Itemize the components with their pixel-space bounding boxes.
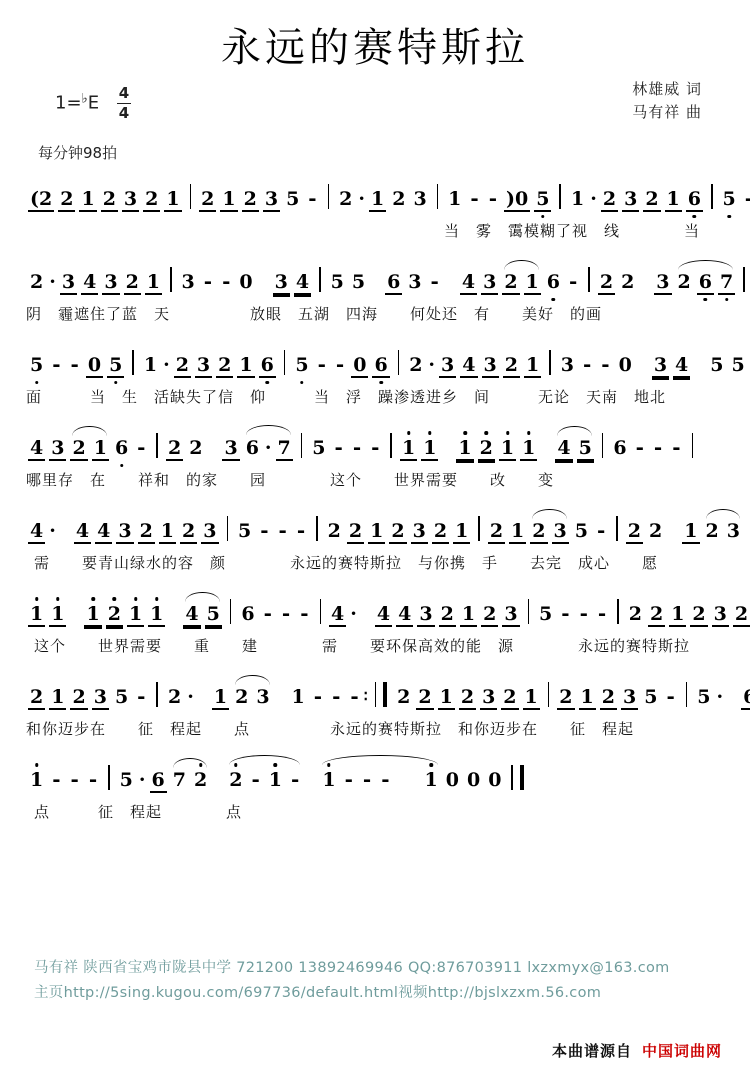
note: 1	[290, 687, 307, 708]
barline	[549, 350, 551, 375]
barline	[711, 184, 713, 209]
note: 6	[611, 438, 628, 459]
note: 2	[648, 604, 665, 627]
note: 1	[92, 438, 109, 461]
note: 3	[480, 687, 497, 710]
dash-sustain: -	[666, 684, 674, 708]
note: 1	[509, 521, 526, 544]
octave-dot-high	[407, 431, 411, 435]
note: 0	[351, 355, 368, 378]
key-tonic: E	[88, 93, 99, 114]
octave-dot-low	[114, 381, 118, 385]
barline	[319, 267, 321, 292]
octave-dot-high	[199, 763, 203, 767]
lyric-line: 需 要青山绿水的容 颜 永远的赛特斯拉 与你携 手 去完 成心 愿	[26, 552, 724, 583]
note: 1	[164, 189, 181, 212]
barline	[686, 682, 688, 707]
meta-row: 1=♭E 4 4 林雄威 词 马有祥 曲	[0, 80, 750, 142]
note: 2	[106, 604, 123, 627]
note: 0	[486, 770, 503, 791]
note: 3	[116, 521, 133, 544]
note: 0	[465, 770, 482, 791]
octave-dot-high	[234, 763, 238, 767]
note: 2	[180, 521, 197, 544]
barline	[559, 184, 561, 209]
dash-sustain: -	[251, 767, 259, 791]
barline	[301, 433, 303, 458]
note: 2	[601, 189, 618, 212]
note: 2	[389, 521, 406, 544]
note: 1	[84, 604, 101, 627]
lyricist-credit: 林雄威 词	[632, 78, 702, 101]
note: 5	[708, 355, 725, 376]
note: 2	[416, 687, 433, 710]
octave-dot-low	[265, 381, 269, 385]
note: 2	[676, 272, 693, 293]
dash-sustain: -	[264, 601, 272, 625]
dash-sustain: -	[371, 435, 379, 459]
octave-dot-low	[704, 298, 708, 302]
note: 1	[423, 770, 440, 791]
dash-sustain: -	[489, 186, 497, 210]
octave-dot-low	[552, 298, 556, 302]
music-line: 4·44321235---221232121235-221235---	[26, 500, 724, 552]
key-signature: 1=♭E 4 4	[55, 86, 131, 121]
note: 3	[180, 272, 197, 293]
note: 3	[712, 604, 729, 627]
note: 5	[310, 438, 327, 459]
credits: 林雄威 词 马有祥 曲	[632, 78, 702, 125]
contact-line-1: 马有祥 陕西省宝鸡市陇县中学 721200 13892469946 QQ:876…	[34, 956, 670, 981]
note: 6	[244, 438, 261, 459]
note: 3	[195, 355, 212, 378]
contact-line-2: 主页http://5sing.kugou.com/697736/default.…	[34, 981, 670, 1006]
note: 5	[577, 438, 594, 461]
octave-dot-high	[56, 597, 60, 601]
dash-sustain: -	[297, 518, 305, 542]
octave-dot-high	[506, 431, 510, 435]
barline	[692, 433, 694, 458]
note: 3	[622, 189, 639, 212]
octave-dot-low	[725, 298, 729, 302]
note: 6	[545, 272, 562, 293]
note: 2	[598, 272, 615, 295]
note: 2	[192, 770, 209, 791]
barline	[617, 599, 619, 624]
augmentation-dot: ·	[139, 769, 146, 791]
note: 3	[482, 355, 499, 378]
note: 3	[559, 355, 576, 376]
augmentation-dot: ·	[358, 188, 365, 210]
note: 4	[183, 604, 200, 627]
note: 1	[524, 272, 541, 295]
note: 2	[502, 272, 519, 295]
octave-dot-high	[274, 763, 278, 767]
dash-sustain: -	[597, 518, 605, 542]
note: 7	[171, 770, 188, 791]
note: 2	[166, 438, 183, 461]
note: 4	[375, 604, 392, 627]
note: 2	[166, 687, 183, 708]
note: 4	[28, 438, 45, 461]
music-line: 5--051·232165--062·343213--0345563-	[26, 334, 724, 386]
note: 6	[259, 355, 276, 378]
barline	[478, 516, 480, 541]
note: 1	[460, 604, 477, 627]
barline	[511, 765, 513, 790]
lyric-line: 当 雾 霭模糊了视 线 当	[26, 220, 724, 251]
note: 2	[690, 604, 707, 627]
note: 2	[390, 189, 407, 210]
note: 2	[530, 521, 547, 544]
dash-sustain: -	[314, 684, 322, 708]
music-line: 21235-2·1231---∶221232121235-5·672	[26, 666, 724, 718]
dash-sustain: -	[300, 601, 308, 625]
note: 2	[58, 189, 75, 212]
barline	[227, 516, 229, 541]
music-line: 43216-2236·75---111211456---	[26, 417, 724, 469]
barline	[328, 184, 330, 209]
octave-dot-high	[155, 597, 159, 601]
octave-dot-high	[463, 431, 467, 435]
lyric-line: 阴 霾遮住了蓝 天 放眼 五湖 四海 何处还 有 美好 的画	[26, 303, 724, 334]
dash-sustain: -	[350, 684, 358, 708]
note: 0	[444, 770, 461, 791]
note: 7	[718, 272, 735, 295]
music-line: 2·343213--0345563-43216-223267	[26, 251, 724, 303]
note: 2	[488, 521, 505, 544]
note: 6	[741, 687, 750, 710]
final-barline	[505, 765, 530, 790]
contact-info: 马有祥 陕西省宝鸡市陇县中学 721200 13892469946 QQ:876…	[34, 956, 670, 1007]
octave-dot-high	[35, 763, 39, 767]
note: 4	[294, 272, 311, 295]
slur-arc: 72	[169, 770, 211, 791]
note: 1	[148, 604, 165, 627]
note: 5	[642, 687, 659, 708]
slur-arc: 6·7	[242, 437, 295, 461]
note: 5	[573, 521, 590, 542]
note: 4	[28, 521, 45, 544]
dash-sustain: -	[636, 435, 644, 459]
augmentation-dot: ·	[163, 354, 170, 376]
note: 2	[70, 438, 87, 461]
note: 6	[113, 438, 130, 459]
lyric-line: 哪里存 在 祥和 的家 园 这个 世界需要 改 变	[26, 469, 724, 500]
augmentation-dot: ·	[187, 686, 194, 708]
dash-sustain: -	[470, 186, 478, 210]
dash-sustain: -	[260, 518, 268, 542]
note: 4	[95, 521, 112, 544]
note: 2	[481, 604, 498, 627]
note: 2	[124, 272, 141, 295]
note: 2	[432, 521, 449, 544]
note: 1	[669, 604, 686, 627]
source-prefix: 本曲谱源自	[552, 1042, 632, 1060]
note: 3	[406, 272, 423, 293]
dash-sustain: -	[561, 601, 569, 625]
note: 2	[647, 521, 664, 542]
note: 3	[102, 272, 119, 295]
note: 3	[60, 272, 77, 295]
note: 3	[222, 438, 239, 461]
note: 1	[212, 687, 229, 710]
lyric-line: 点 征 程起 点	[26, 801, 724, 832]
note: 4	[74, 521, 91, 544]
note: 2	[627, 604, 644, 625]
note: 4	[329, 604, 346, 627]
note: 4	[555, 438, 572, 461]
octave-dot-low	[300, 381, 304, 385]
dash-sustain: -	[353, 435, 361, 459]
dash-sustain: -	[204, 269, 212, 293]
note: 1	[446, 189, 463, 210]
note: 3	[725, 521, 742, 542]
note: 2	[459, 687, 476, 710]
note: 5	[236, 521, 253, 542]
note: 2	[174, 355, 191, 378]
dash-sustain: -	[745, 186, 750, 210]
dash-sustain: -	[345, 767, 353, 791]
barline	[548, 682, 550, 707]
dash-sustain: -	[291, 767, 299, 791]
note: 1	[220, 189, 237, 212]
dash-sustain: -	[598, 601, 606, 625]
barline	[390, 433, 392, 458]
octave-dot-low	[541, 215, 545, 219]
barline	[316, 516, 318, 541]
dash-sustain: -	[381, 767, 389, 791]
octave-dot-high	[527, 431, 531, 435]
note: 1	[49, 687, 66, 710]
dash-sustain: -	[335, 435, 343, 459]
dash-sustain: -	[672, 435, 680, 459]
note: 4	[673, 355, 690, 378]
note: 2	[216, 355, 233, 378]
note: 0	[237, 272, 254, 293]
source-credit: 本曲谱源自中国词曲网	[552, 1040, 722, 1061]
note: 6	[385, 272, 402, 295]
note: 2	[600, 687, 617, 710]
note: 7	[276, 438, 293, 461]
note: 3	[122, 189, 139, 212]
note: 1	[28, 770, 45, 791]
note: 2	[326, 521, 343, 542]
dash-sustain: -	[282, 601, 290, 625]
barline	[375, 682, 377, 707]
note: 2	[439, 604, 456, 627]
slur-arc: 1---1	[318, 767, 441, 791]
note: 1	[49, 604, 66, 627]
lyric-line: 和你迈步在 征 程起 点 永远的赛特斯拉 和你迈步在 征 程起	[26, 718, 724, 749]
note: 3	[411, 521, 428, 544]
note: 1	[453, 521, 470, 544]
note: 2	[347, 521, 364, 544]
note: 3	[652, 355, 669, 378]
time-signature-numerator: 4	[117, 86, 131, 104]
dash-sustain: -	[583, 352, 591, 376]
dash-sustain: -	[431, 269, 439, 293]
note: 5	[284, 189, 301, 210]
note: 3	[92, 687, 109, 710]
note: 3	[201, 521, 218, 544]
barline	[156, 433, 158, 458]
barline	[320, 599, 322, 624]
augmentation-dot: ·	[350, 603, 357, 625]
octave-dot-high	[429, 763, 433, 767]
dash-sustain: -	[318, 352, 326, 376]
octave-dot-high	[113, 597, 117, 601]
note: 3	[417, 604, 434, 627]
note: 1	[456, 438, 473, 461]
octave-dot-low	[693, 215, 697, 219]
note: 2	[199, 189, 216, 212]
source-site-link[interactable]: 中国词曲网	[642, 1042, 722, 1060]
note: 1	[579, 687, 596, 710]
note: 6	[372, 355, 389, 378]
note: 2	[227, 770, 244, 791]
note: 1	[145, 272, 162, 295]
note: 1	[159, 521, 176, 544]
note: 5	[107, 355, 124, 378]
barline-thick	[383, 682, 387, 707]
note: 3	[49, 438, 66, 461]
barline	[743, 267, 745, 292]
dash-sustain: -	[137, 684, 145, 708]
music-line: 111211456---4·44321235---2212321	[26, 583, 724, 635]
augmentation-dot: ·	[49, 520, 56, 542]
score-body: (221232121235-2·1231--)051·232165--06当 雾…	[0, 168, 750, 832]
lyric-line: 面 当 生 活缺失了信 仰 当 浮 躁渗透进乡 间 无论 天南 地北	[26, 386, 724, 417]
music-line: 1---5·6722-1-1---1000	[26, 749, 724, 801]
note: 2	[503, 355, 520, 378]
note: 5	[721, 189, 738, 210]
note: 1	[520, 438, 537, 461]
barline	[170, 267, 172, 292]
octave-dot-high	[485, 431, 489, 435]
note: 1	[400, 438, 417, 461]
note: 4	[81, 272, 98, 295]
dash-sustain: -	[580, 601, 588, 625]
note: 5	[534, 189, 551, 212]
slur-arc: 21	[500, 272, 542, 295]
octave-dot-low	[35, 381, 39, 385]
dash-sustain: -	[569, 269, 577, 293]
barline	[156, 682, 158, 707]
slur-arc: 23	[231, 687, 273, 708]
note: 6	[686, 189, 703, 212]
composer-credit: 马有祥 曲	[632, 101, 702, 124]
note: 3	[654, 272, 671, 295]
note: 2	[337, 189, 354, 210]
note: 2	[557, 687, 574, 710]
note: 1	[267, 770, 284, 791]
note: 5	[28, 355, 45, 376]
octave-dot-low	[727, 215, 731, 219]
note: 1	[421, 438, 438, 461]
note: 2	[704, 521, 721, 542]
note: 2	[501, 687, 518, 710]
note: (2	[28, 189, 54, 212]
dash-sustain: -	[71, 352, 79, 376]
music-line: (221232121235-2·1231--)051·232165--06	[26, 168, 724, 220]
note: 3	[502, 604, 519, 627]
note: 5	[730, 355, 747, 376]
note: )0	[504, 189, 530, 212]
dash-sustain: -	[137, 435, 145, 459]
dash-sustain: -	[89, 767, 97, 791]
note: 5	[118, 770, 135, 791]
note: 5	[350, 272, 367, 293]
barline-thick	[520, 765, 524, 790]
barline	[398, 350, 400, 375]
note: 2	[407, 355, 424, 376]
note: 5	[293, 355, 310, 376]
barline	[602, 433, 604, 458]
slur-arc: 21	[68, 438, 110, 461]
octave-dot-low	[379, 381, 383, 385]
note: 3	[481, 272, 498, 295]
note: 3	[411, 189, 428, 210]
note: 2	[143, 189, 160, 212]
note: 1	[79, 189, 96, 212]
dash-sustain: -	[308, 186, 316, 210]
note: 2	[28, 687, 45, 710]
note: 1	[524, 355, 541, 378]
note: 3	[439, 355, 456, 378]
barline	[108, 765, 110, 790]
note: 3	[254, 687, 271, 708]
slur-arc: 23	[702, 521, 744, 542]
dash-sustain: -	[71, 767, 79, 791]
tempo-marking: 每分钟98拍	[0, 142, 750, 168]
note: 5	[205, 604, 222, 627]
augmentation-dot: ·	[716, 686, 723, 708]
sheet-music-page: 永远的赛特斯拉 1=♭E 4 4 林雄威 词 马有祥 曲 每分钟98拍 (221…	[0, 0, 750, 1074]
slur-arc: 45	[181, 604, 223, 627]
slur-arc: 45	[553, 438, 595, 461]
barline	[437, 184, 439, 209]
note: 5	[113, 687, 130, 708]
note: 1	[438, 687, 455, 710]
note: 1	[682, 521, 699, 544]
slur-arc: 267	[674, 272, 738, 295]
note: 5	[329, 272, 346, 293]
augmentation-dot: ·	[428, 354, 435, 376]
note: 2	[70, 687, 87, 710]
augmentation-dot: ·	[590, 188, 597, 210]
barline	[132, 350, 134, 375]
note: 4	[460, 272, 477, 295]
note: 0	[86, 355, 103, 378]
barline	[230, 599, 232, 624]
note: 2	[101, 189, 118, 212]
octave-dot-high	[91, 597, 95, 601]
note: 3	[263, 189, 280, 212]
note: 5	[537, 604, 554, 625]
dash-sustain: -	[52, 767, 60, 791]
dash-sustain: -	[363, 767, 371, 791]
lyric-line: 这个 世界需要 重 建 需 要环保高效的能 源 永远的赛特斯拉	[26, 635, 724, 666]
note: 2	[643, 189, 660, 212]
barline	[190, 184, 192, 209]
note: 2	[619, 272, 636, 293]
note: 1	[368, 521, 385, 544]
note: 2	[395, 687, 412, 708]
note: 1	[127, 604, 144, 627]
note: 1	[320, 770, 337, 791]
note: 3	[552, 521, 569, 544]
